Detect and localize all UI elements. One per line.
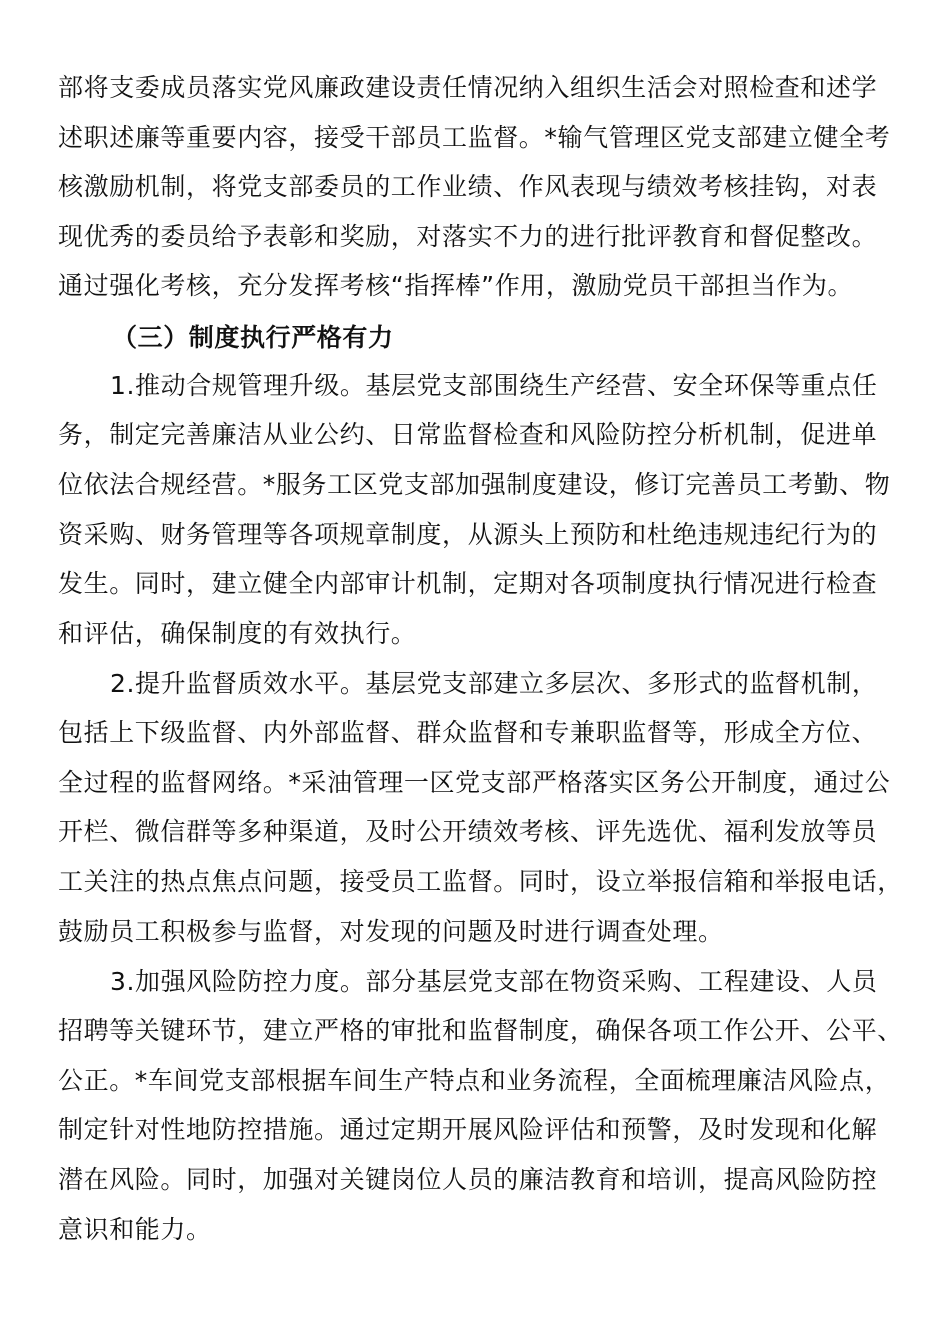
text-line: 和评估，确保制度的有效执行。 [58, 618, 416, 650]
text-line: 通过强化考核，充分发挥考核“指挥棒”作用，激励党员干部担当作为。 [58, 270, 853, 302]
text-line: 意识和能力。 [58, 1214, 212, 1246]
text-line: 工关注的热点焦点问题，接受员工监督。同时，设立举报信箱和举报电话， [58, 866, 903, 898]
text-line: 鼓励员工积极参与监督，对发现的问题及时进行调查处理。 [58, 916, 724, 948]
text-line: 潜在风险。同时，加强对关键岗位人员的廉洁教育和培训，提高风险防控 [58, 1164, 877, 1196]
text-line: 包括上下级监督、内外部监督、群众监督和专兼职监督等，形成全方位、 [58, 717, 877, 749]
text-line: 务，制定完善廉洁从业公约、日常监督检查和风险防控分析机制，促进单 [58, 419, 877, 451]
paragraph-start-line: 2.提升监督质效水平。基层党支部建立多层次、多形式的监督机制， [110, 668, 877, 700]
document-page: 部将支委成员落实党风廉政建设责任情况纳入组织生活会对照检查和述学 述职述廉等重要… [0, 0, 950, 1344]
text-line: 资采购、财务管理等各项规章制度，从源头上预防和杜绝违规违纪行为的 [58, 519, 877, 551]
section-heading: （三）制度执行严格有力 [112, 322, 394, 354]
text-line: 招聘等关键环节，建立严格的审批和监督制度，确保各项工作公开、公平、 [58, 1015, 903, 1047]
text-line: 现优秀的委员给予表彰和奖励，对落实不力的进行批评教育和督促整改。 [58, 221, 877, 253]
text-line: 述职述廉等重要内容，接受干部员工监督。*输气管理区党支部建立健全考 [58, 122, 890, 154]
text-line: 位依法合规经营。*服务工区党支部加强制度建设，修订完善员工考勤、物 [58, 469, 890, 501]
paragraph-start-line: 3.加强风险防控力度。部分基层党支部在物资采购、工程建设、人员 [110, 966, 877, 998]
paragraph-start-line: 1.推动合规管理升级。基层党支部围绕生产经营、安全环保等重点任 [110, 370, 877, 402]
text-line: 开栏、微信群等多种渠道，及时公开绩效考核、评先选优、福利发放等员 [58, 816, 877, 848]
text-line: 部将支委成员落实党风廉政建设责任情况纳入组织生活会对照检查和述学 [58, 72, 877, 104]
text-line: 公正。*车间党支部根据车间生产特点和业务流程，全面梳理廉洁风险点， [58, 1065, 890, 1097]
text-line: 发生。同时，建立健全内部审计机制，定期对各项制度执行情况进行检查 [58, 568, 877, 600]
text-line: 全过程的监督网络。*采油管理一区党支部严格落实区务公开制度，通过公 [58, 767, 890, 799]
text-line: 制定针对性地防控措施。通过定期开展风险评估和预警，及时发现和化解 [58, 1114, 877, 1146]
text-line: 核激励机制，将党支部委员的工作业绩、作风表现与绩效考核挂钩，对表 [58, 171, 877, 203]
